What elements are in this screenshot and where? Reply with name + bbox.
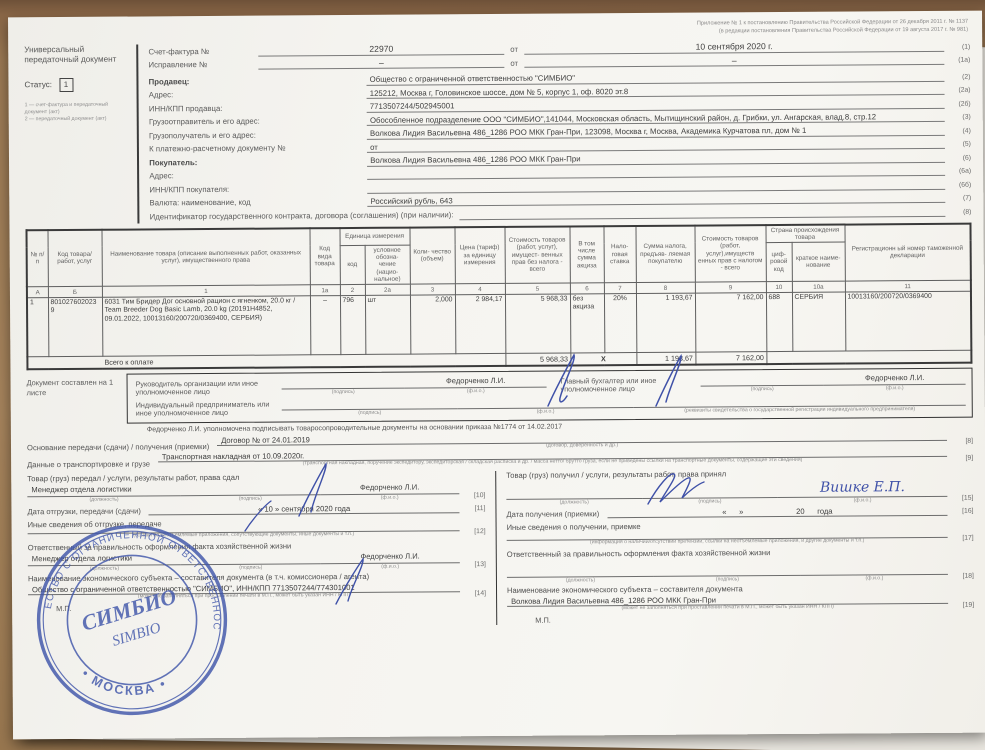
ref-5: (5): [945, 141, 971, 149]
total-empty: [766, 350, 971, 364]
letter-4: 4: [455, 284, 505, 295]
sig-caption: (подпись): [282, 389, 405, 396]
doc-pages-note: Документ составлен на 1 листе: [27, 374, 127, 424]
document-header: Универсальный передаточный документ Стат…: [24, 39, 971, 224]
transport-label: Данные о транспортировке и грузе: [27, 459, 158, 469]
acc-name: Федорченко Л.И.: [824, 373, 966, 386]
letter-a: А: [27, 287, 48, 298]
fio-caption-3: (ф.и.о.): [458, 408, 634, 415]
shipper-sign-row: Менеджер отдела логистики (должность) (п…: [27, 482, 485, 503]
buyer-inn-label: ИНН/КПП покупателя:: [149, 185, 367, 195]
receive-date-label: Дата получения (приемки): [506, 509, 607, 519]
sig-caption-5: (подпись): [181, 564, 320, 571]
receive-other-cell: (информация о наличии/отсутствии претенз…: [507, 536, 948, 546]
receive-other-row: (информация о наличии/отсутствии претенз…: [507, 535, 974, 546]
acc-signature-cell: (подпись): [701, 374, 824, 393]
ref-6b: (6б): [945, 181, 971, 189]
stamp-place-left: М.П.: [56, 601, 486, 613]
cell-cost-with-tax: 7 162,00: [695, 293, 766, 352]
letter-6: 6: [570, 283, 604, 294]
total-label: Всего к оплате: [27, 354, 505, 370]
ship-entity-label: Наименование экономического субъекта – с…: [28, 572, 486, 584]
status-row: Статус: 1: [24, 77, 130, 92]
ship-entity-row: Общество с ограниченной ответственностью…: [28, 583, 486, 602]
from-label: от: [504, 45, 524, 55]
invoice-label: Счет-фактура №: [148, 48, 258, 57]
role-caption-2: (должность): [28, 565, 181, 572]
status-note-1: 1 — счет-фактура и передаточный документ…: [25, 101, 131, 116]
ref-9: [9]: [947, 455, 973, 463]
bottom-columns: Товар (груз) передал / услуги, результат…: [27, 468, 974, 629]
ref-6: (6): [945, 154, 971, 162]
ship-resp-role: Менеджер отдела логистики: [28, 553, 181, 566]
shipper-name-cell: Федорченко Л.И. (ф.и.о.): [320, 482, 459, 501]
col-cost-wo-tax: Стоимость товаров (работ, услуг), имущес…: [504, 226, 569, 284]
letter-9: 9: [695, 282, 766, 293]
ship-date-value: « 10 » сентября 2020 года: [149, 503, 460, 515]
utd-document-paper: Приложение № 1 к постановлению Правитель…: [8, 11, 985, 740]
ship-resp-role-cell: Менеджер отдела логистики (должность): [28, 553, 181, 572]
receiver-signature-cell: (подпись): [642, 486, 778, 505]
receiver-handwritten-name: Вишке Е.П.: [778, 479, 948, 498]
col-unit-symbol: условное обозна- чение (нацио- нальное): [365, 245, 410, 284]
letter-3: 3: [410, 284, 455, 295]
shipper-signature-cell: (подпись): [181, 483, 320, 502]
fio-caption-4: (ф.и.о.): [320, 494, 459, 501]
ref-12: [12]: [460, 528, 486, 536]
letter-10a: 10а: [792, 281, 845, 292]
receiver-role-cell: (должность): [506, 487, 642, 506]
ip-cert-caption: (реквизиты свидетельства о государственн…: [634, 406, 966, 415]
col-kind: Код вида товара: [309, 228, 339, 285]
receive-resp-role-line: [507, 565, 654, 578]
letter-7: 7: [604, 283, 636, 294]
head-acc-row: Руководитель организации или иное уполно…: [136, 373, 966, 397]
cell-excise: без акциза: [570, 294, 604, 353]
fio-caption-2: (ф.и.о.): [824, 385, 966, 392]
receiver-role-line: [506, 487, 642, 500]
ship-resp-label: Ответственный за правильность оформления…: [28, 540, 486, 552]
receive-resp-role-cell: (должность): [507, 565, 654, 584]
cell-kind: –: [310, 296, 340, 355]
shipper-column: Товар (груз) передал / услуги, результат…: [27, 471, 496, 628]
total-tax-sum: 1 193,67: [636, 352, 695, 365]
buyer-label: Покупатель:: [149, 158, 367, 168]
letter-1a: 1а: [310, 285, 340, 296]
shipper-title: Товар (груз) передал / услуги, результат…: [27, 471, 485, 483]
letter-b: Б: [48, 286, 102, 297]
ship-other-label: Иные сведения об отгрузке, передаче: [28, 517, 486, 529]
col-country-code: циф- ровой код: [766, 242, 792, 281]
ship-resp-signature-line: [181, 552, 320, 565]
receive-entity-cell: Волкова Лидия Васильевна 486_1286 РОО МК…: [507, 594, 948, 613]
receive-resp-signature-cell: (подпись): [654, 564, 801, 583]
buyer-address-label: Адрес:: [149, 171, 367, 181]
ref-7: (7): [945, 195, 971, 203]
goods-row: 1 8010276020239 6031 Тим Бридер Дог осно…: [27, 291, 971, 357]
receiver-column: Товар (груз) получил / услуги, результат…: [495, 468, 974, 625]
shipper-name: Федорченко Л.И.: [320, 482, 459, 495]
cell-country-code: 688: [766, 293, 792, 352]
receiver-name-cell: Вишке Е.П. (ф.и.о.): [778, 479, 948, 504]
cell-unit-symbol: шт: [365, 295, 410, 354]
photo-of-document: Приложение № 1 к постановлению Правитель…: [0, 0, 985, 750]
cell-npp: 1: [27, 298, 48, 357]
sig-caption-3: (подпись): [282, 410, 458, 417]
col-qty: Коли- чество (объем): [410, 227, 455, 284]
ref-1: (1): [944, 43, 970, 51]
ship-other-cell: (ссылки на неотъемлемые приложения, сопу…: [28, 530, 460, 540]
fio-caption-7: (ф.и.о.): [801, 575, 948, 582]
cell-country-name: СЕРБИЯ: [792, 292, 845, 351]
ref-17: [17]: [948, 535, 974, 543]
invoice-number: 22970: [258, 43, 504, 56]
ship-resp-name-cell: Федорченко Л.И. (ф.и.о.): [320, 551, 459, 570]
signatures-box: Руководитель организации или иное уполно…: [127, 368, 973, 423]
sig-caption-7: (подпись): [654, 576, 801, 583]
fio-caption: (ф.и.о.): [405, 388, 547, 395]
title-box: Универсальный передаточный документ Стат…: [24, 45, 137, 224]
seller-inn-label: ИНН/КПП продавца:: [149, 104, 367, 114]
receive-resp-label: Ответственный за правильность оформления…: [507, 547, 974, 559]
receive-other-label: Иные сведения о получении, приемке: [507, 520, 974, 532]
receive-date-value: « » 20 года: [607, 506, 947, 518]
ref-16: [16]: [947, 508, 973, 516]
role-caption: (должность): [27, 496, 180, 503]
letter-10: 10: [766, 282, 792, 293]
status-notes: 1 — счет-фактура и передаточный документ…: [25, 101, 131, 124]
receive-resp-signature-line: [654, 564, 801, 577]
from-label-2: от: [504, 58, 524, 68]
ref-15: [15]: [947, 495, 973, 503]
ip-row: Индивидуальный предприниматель или иное …: [136, 394, 966, 418]
fio-caption-5: (ф.и.о.): [320, 563, 459, 570]
cell-price: 2 984,17: [455, 295, 505, 354]
consignee-label: Грузополучатель и его адрес:: [149, 131, 367, 141]
cell-cost-wo-tax: 5 968,33: [505, 294, 570, 353]
role-caption-3: (должность): [506, 499, 642, 506]
ref-4: (4): [945, 127, 971, 135]
acc-name-cell: Федорченко Л.И. (ф.и.о.): [824, 373, 966, 392]
receive-date-row: Дата получения (приемки) « » 20 года [16…: [506, 506, 973, 519]
total-x: X: [570, 353, 636, 366]
ref-10: [10]: [459, 492, 485, 500]
letter-2: 2: [340, 285, 365, 296]
seller-label: Продавец:: [149, 77, 367, 87]
col-customs-reg: Регистрационн ый номер таможенной деклар…: [844, 223, 970, 281]
seller-address-label: Адрес:: [149, 90, 367, 100]
ref-14: [14]: [460, 590, 486, 598]
goods-table: № п/п Код товара/ работ, услуг Наименова…: [25, 222, 972, 370]
correction-label: Исправление №: [149, 61, 259, 70]
col-unit-code: код: [340, 245, 365, 284]
col-name: Наименование товара (описание выполненны…: [101, 228, 309, 287]
status-note-2: 2 — передаточный документ (акт): [25, 116, 131, 124]
fio-caption-6: (ф.и.о.): [778, 497, 948, 504]
ref-19: [19]: [948, 602, 974, 610]
sig-caption-6: (подпись): [642, 498, 778, 505]
col-price: Цена (тариф) за единицу измерения: [455, 226, 505, 283]
head-name: Федорченко Л.И.: [405, 376, 547, 389]
ship-entity-cell: Общество с ограниченной ответственностью…: [28, 583, 460, 602]
acc-label: Главный бухгалтер или иное уполномоченно…: [547, 376, 701, 394]
ref-2b: (2б): [945, 100, 971, 108]
head-label: Руководитель организации или иное уполно…: [136, 379, 282, 397]
total-cost-with-tax: 7 162,00: [695, 352, 766, 365]
cell-code: 8010276020239: [48, 297, 102, 356]
receiver-title: Товар (груз) получил / услуги, результат…: [506, 468, 973, 480]
ref-6a: (6а): [945, 168, 971, 176]
letter-5: 5: [505, 283, 570, 294]
col-npp: № п/п: [26, 230, 47, 287]
gov-contract-label: Идентификатор государственного контракта…: [150, 211, 460, 222]
cell-unit-code: 796: [340, 296, 365, 355]
shipper-role-cell: Менеджер отдела логистики (должность): [27, 484, 180, 503]
shipper-signature-line: [181, 483, 320, 496]
col-country-group: Страна происхождения товара: [765, 224, 844, 243]
head-signature-line: [282, 377, 405, 390]
col-unit-group: Единица измерения: [339, 227, 409, 245]
ip-cert-cell: (реквизиты свидетельства о государственн…: [633, 394, 965, 415]
receive-entity-row: Волкова Лидия Васильевна 486_1286 РОО МК…: [507, 594, 974, 613]
regulation-note: Приложение № 1 к постановлению Правитель…: [697, 19, 968, 36]
head-signature-cell: (подпись): [282, 377, 405, 396]
receiver-signature-line: [642, 486, 778, 499]
receive-entity-label: Наименование экономического субъекта – с…: [507, 583, 974, 595]
ip-signature-cell: (подпись): [282, 398, 458, 417]
col-cost-with-tax: Стоимость товаров (работ, услуг),имущест…: [694, 225, 765, 283]
ref-8b: [8]: [947, 438, 973, 446]
total-cost-wo-tax: 5 968,33: [505, 353, 570, 366]
col-tax-rate: Нало- говая ставка: [603, 226, 635, 283]
col-excise: В том числе сумма акциза: [569, 226, 603, 283]
receive-resp-row: (должность) (подпись) (ф.и.о.) [18]: [507, 563, 974, 584]
sig-caption-4: (подпись): [181, 495, 320, 502]
cell-qty: 2,000: [410, 295, 455, 354]
ref-3: (3): [945, 114, 971, 122]
letter-2a: 2а: [365, 284, 410, 295]
letter-8: 8: [636, 282, 695, 293]
ip-label: Индивидуальный предприниматель или иное …: [136, 401, 282, 419]
signatures-section: Документ составлен на 1 листе Руководите…: [27, 368, 973, 424]
ref-2: (2): [944, 73, 970, 81]
ref-11: [11]: [459, 505, 485, 513]
status-value: 1: [59, 77, 73, 91]
payment-doc-value: от: [367, 142, 459, 153]
ship-resp-signature-cell: (подпись): [181, 552, 320, 571]
ref-2a: (2а): [945, 87, 971, 95]
acc-signature-line: [701, 374, 824, 387]
ref-13: [13]: [460, 562, 486, 570]
cell-name: 6031 Тим Бридер Дог основной рацион с яг…: [102, 296, 310, 356]
correction-date: –: [524, 53, 944, 67]
correction-number: –: [258, 56, 504, 69]
ship-date-row: Дата отгрузки, передачи (сдачи) « 10 » с…: [27, 503, 485, 516]
receive-resp-name-cell: (ф.и.о.): [801, 563, 948, 582]
head-name-cell: Федорченко Л.И. (ф.и.о.): [405, 376, 547, 395]
payment-doc-label: К платежно-расчетному документу №: [149, 144, 367, 154]
sig-caption-2: (подпись): [701, 386, 824, 393]
header-fields: Счет-фактура № 22970 от 10 сентября 2020…: [148, 39, 971, 223]
gov-contract-value: [460, 215, 946, 220]
ip-name-cell: (ф.и.о.): [458, 396, 634, 415]
ship-resp-name: Федорченко Л.И.: [320, 551, 459, 564]
stamp-place-right: М.П.: [535, 613, 974, 625]
consignor-label: Грузоотправитель и его адрес:: [149, 117, 367, 127]
ship-other-row: (ссылки на неотъемлемые приложения, сопу…: [28, 528, 486, 539]
cell-tax-sum: 1 193,67: [636, 293, 695, 352]
ref-1a: (1а): [944, 57, 970, 65]
header-divider: [136, 44, 139, 223]
col-code: Код товара/ работ, услуг: [47, 229, 101, 287]
ref-18: [18]: [948, 573, 974, 581]
ref-8: (8): [945, 208, 971, 216]
letter-11: 11: [845, 280, 971, 292]
col-tax-sum: Сумма налога, предъяв- ляемая покупателю: [635, 225, 694, 283]
basis-label: Основание передачи (сдачи) / получения (…: [27, 442, 217, 452]
receiver-sign-row: (должность) (подпись) Вишке Е.П. (ф.и.о.…: [506, 479, 973, 506]
shipper-role: Менеджер отдела логистики: [27, 484, 180, 497]
ship-date-label: Дата отгрузки, передачи (сдачи): [27, 507, 148, 517]
status-label: Статус:: [24, 80, 52, 89]
cell-tax-rate: 20%: [604, 294, 636, 353]
role-caption-4: (должность): [507, 577, 654, 584]
cell-customs-reg: 10013160/200720/0369400: [845, 291, 971, 351]
currency-label: Валюта: наименование, код: [149, 198, 367, 208]
ship-resp-row: Менеджер отдела логистики (должность) (п…: [28, 551, 486, 572]
receive-resp-name-line: [801, 563, 948, 576]
col-country-name: краткое наиме- нование: [792, 242, 845, 282]
regulation-line2: (в редакции постановления Правительства …: [697, 26, 968, 35]
document-title: Универсальный передаточный документ: [24, 45, 130, 66]
